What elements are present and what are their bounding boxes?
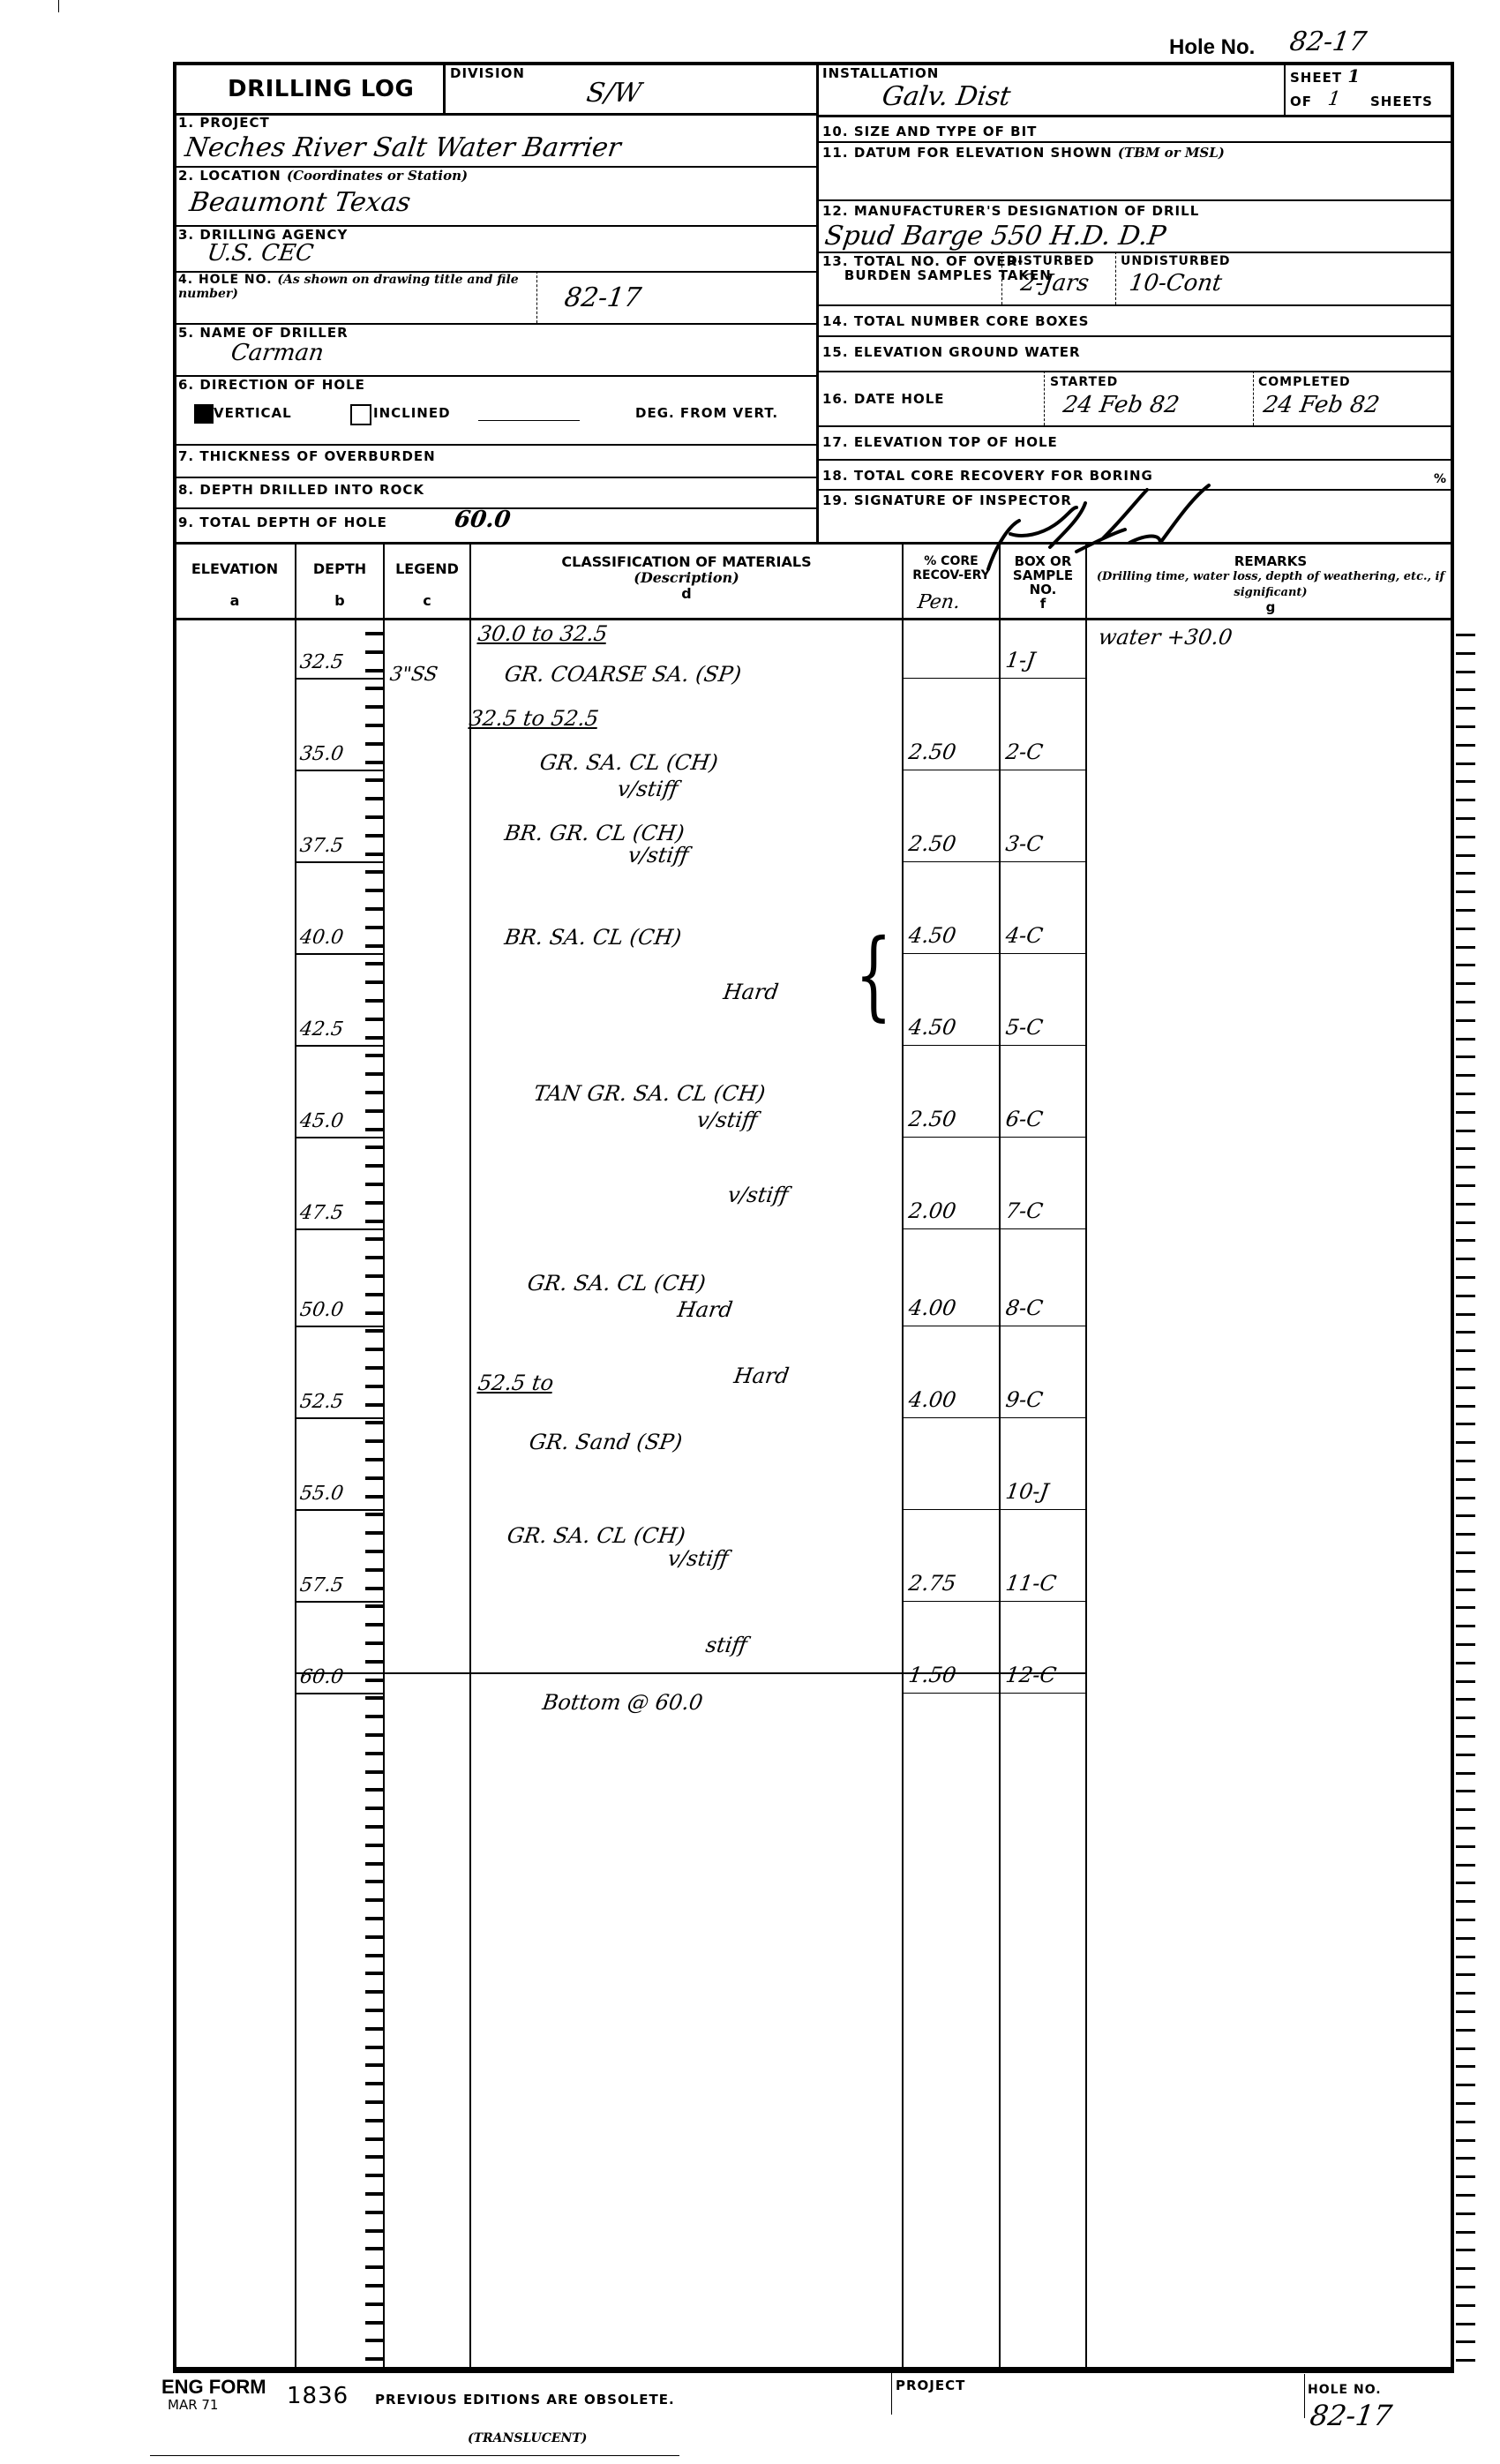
depth-tick: [365, 1385, 383, 1388]
started-value[interactable]: 24 Feb 82: [1061, 392, 1181, 418]
ruler-tick: [1456, 1698, 1475, 1701]
ruler-tick: [1456, 1662, 1475, 1664]
depth-tick: [365, 797, 383, 800]
divider: [816, 62, 819, 542]
ruler-tick: [1456, 2340, 1475, 2343]
ruler-tick: [1456, 1845, 1475, 1848]
ruler-tick: [1456, 2084, 1475, 2086]
col-divider-legend: [383, 542, 385, 2370]
description-entry[interactable]: v/stiff: [616, 777, 679, 801]
form-number: 1836: [287, 2383, 349, 2409]
completed-value[interactable]: 24 Feb 82: [1262, 392, 1382, 418]
depth-tick: [365, 2357, 383, 2361]
depth-row-line: [295, 861, 383, 863]
ruler-tick: [1456, 634, 1475, 636]
depth-tick: [365, 2284, 383, 2287]
col-header-legend: LEGENDc: [385, 561, 469, 609]
row-line: [816, 199, 1454, 201]
depth-tick: [365, 1128, 383, 1131]
ruler-tick: [1456, 1111, 1475, 1114]
description-entry[interactable]: stiff: [704, 1633, 749, 1657]
footer-rule: [150, 2455, 679, 2456]
table-top-line: [173, 542, 1454, 545]
description-entry[interactable]: v/stiff: [666, 1546, 730, 1571]
division-value[interactable]: S/W: [585, 78, 643, 109]
depth-tick: [365, 2155, 383, 2159]
sample-number[interactable]: 6-C: [1004, 1107, 1045, 1131]
ground-water-label: 15. ELEVATION GROUND WATER: [822, 344, 1081, 360]
col-header-sample: BOX OR SAMPLE NO.f: [1001, 554, 1085, 611]
depth-tick: [365, 1329, 383, 1333]
depth-tick: [365, 1439, 383, 1443]
depth-tick: [365, 1715, 383, 1718]
depth-label: 32.5: [298, 651, 344, 673]
depth-tick: [365, 761, 383, 764]
undisturbed-value[interactable]: 10-Cont: [1128, 270, 1224, 297]
recovery-row-line: [902, 953, 1085, 954]
ruler-tick: [1456, 1441, 1475, 1444]
depth-row-line: [295, 770, 383, 771]
installation-value[interactable]: Galv. Dist: [881, 81, 1013, 112]
description-entry[interactable]: Bottom @ 60.0: [541, 1690, 704, 1715]
depth-tick: [365, 1550, 383, 1553]
recovery-value[interactable]: 2.50: [907, 831, 957, 856]
ruler-tick: [1456, 1827, 1475, 1829]
depth-tick: [365, 2339, 383, 2342]
sample-number[interactable]: 2-C: [1004, 740, 1045, 764]
ruler-tick: [1456, 762, 1475, 765]
ruler-tick: [1456, 1772, 1475, 1775]
depth-tick: [365, 1293, 383, 1296]
description-entry[interactable]: TAN GR. SA. CL (CH): [532, 1081, 767, 1106]
of-label: OF: [1290, 94, 1312, 109]
row-line: [816, 335, 1454, 337]
depth-tick: [365, 1807, 383, 1810]
ruler-tick: [1456, 1184, 1475, 1187]
ruler-tick: [1456, 1221, 1475, 1224]
depth-label: 35.0: [298, 743, 344, 765]
sample-number[interactable]: 1-J: [1004, 648, 1037, 672]
depth-tick: [365, 724, 383, 727]
divider: [1253, 371, 1254, 425]
rock-depth-label: 8. DEPTH DRILLED INTO ROCK: [178, 482, 424, 498]
location-label: 2. LOCATION (Coordinates or Station): [178, 168, 468, 184]
col-divider-sample: [999, 542, 1001, 2370]
sheets-label: SHEETS: [1370, 94, 1433, 109]
sample-number[interactable]: 8-C: [1004, 1296, 1045, 1320]
ruler-tick: [1456, 1405, 1475, 1408]
ruler-tick: [1456, 1368, 1475, 1371]
depth-tick: [365, 1954, 383, 1957]
depth-tick: [365, 2192, 383, 2196]
ruler-tick: [1456, 1992, 1475, 1994]
ruler-tick: [1456, 1717, 1475, 1719]
row-line: [173, 444, 816, 446]
ruler-tick: [1456, 1423, 1475, 1425]
description-entry[interactable]: Hard: [722, 980, 780, 1004]
recovery-value[interactable]: 2.50: [907, 740, 957, 764]
description-entry[interactable]: GR. Sand (SP): [528, 1430, 684, 1454]
depth-tick: [365, 687, 383, 690]
recovery-row-line: [902, 1228, 1085, 1229]
recovery-row-line: [902, 1509, 1085, 1510]
ruler-tick: [1456, 2175, 1475, 2178]
depth-tick: [365, 1274, 383, 1278]
driller-label: 5. NAME OF DRILLER: [178, 325, 349, 341]
disturbed-value[interactable]: 2-Jars: [1019, 270, 1091, 297]
sample-number[interactable]: 7-C: [1004, 1198, 1045, 1223]
depth-tick: [365, 1733, 383, 1737]
depth-tick: [365, 705, 383, 709]
depth-tick: [365, 2321, 383, 2325]
col-divider-recovery: [902, 542, 904, 2370]
depth-tick: [365, 1421, 383, 1424]
col-header-elevation: ELEVATIONa: [175, 561, 295, 609]
recovery-value[interactable]: 4.00: [907, 1296, 957, 1320]
core-boxes-label: 14. TOTAL NUMBER CORE BOXES: [822, 313, 1089, 329]
depth-tick: [365, 1054, 383, 1057]
ruler-tick: [1456, 1130, 1475, 1132]
depth-label: 57.5: [298, 1574, 344, 1596]
ruler-tick: [1456, 2286, 1475, 2288]
degree-input-line[interactable]: [478, 420, 580, 421]
division-label: DIVISION: [450, 65, 525, 81]
ruler-tick: [1456, 671, 1475, 673]
ruler-tick: [1456, 1735, 1475, 1738]
sample-number[interactable]: 3-C: [1004, 831, 1045, 856]
depth-label: 60.0: [298, 1666, 344, 1688]
description-entry[interactable]: GR. SA. CL (CH): [526, 1271, 707, 1296]
ruler-tick: [1456, 725, 1475, 728]
ruler-tick: [1456, 1478, 1475, 1481]
total-depth-label: 9. TOTAL DEPTH OF HOLE: [178, 515, 387, 530]
date-hole-label: 16. DATE HOLE: [822, 391, 945, 407]
ruler-tick: [1456, 1606, 1475, 1609]
bottom-of-hole-line: [295, 1672, 1085, 1674]
depth-tick: [365, 907, 383, 911]
description-entry[interactable]: v/stiff: [626, 843, 690, 868]
scan-mark: [58, 0, 59, 12]
depth-tick: [365, 2046, 383, 2049]
depth-tick: [365, 1109, 383, 1113]
depth-tick: [365, 669, 383, 672]
ruler-tick: [1456, 946, 1475, 949]
col-divider-remarks: [1085, 542, 1087, 2370]
ruler-tick: [1456, 982, 1475, 985]
ruler-tick: [1456, 2194, 1475, 2197]
description-entry[interactable]: 52.5 to: [476, 1371, 555, 1395]
depth-tick: [365, 1220, 383, 1223]
depth-tick: [365, 778, 383, 782]
translucent-note: (TRANSLUCENT): [468, 2431, 587, 2445]
ruler-tick: [1456, 2359, 1475, 2362]
depth-tick: [365, 1495, 383, 1499]
depth-tick: [365, 2211, 383, 2214]
depth-tick: [365, 1844, 383, 1847]
depth-row-line: [295, 678, 383, 680]
project-label: 1. PROJECT: [178, 115, 270, 131]
depth-tick: [365, 2009, 383, 2012]
depth-tick: [365, 889, 383, 892]
row-line: [816, 371, 1454, 372]
description-entry[interactable]: 32.5 to 52.5: [468, 706, 600, 731]
ruler-tick: [1456, 1349, 1475, 1352]
depth-tick: [365, 1880, 383, 1883]
depth-tick: [365, 1403, 383, 1407]
sample-number[interactable]: 9-C: [1004, 1387, 1045, 1412]
ruler-tick: [1456, 1973, 1475, 1976]
depth-tick: [365, 944, 383, 948]
ruler-tick: [1456, 2157, 1475, 2160]
ruler-tick: [1456, 2249, 1475, 2251]
drill-designation-value[interactable]: Spud Barge 550 H.D. D.P: [823, 221, 1168, 252]
footer-hole-no-value[interactable]: 82-17: [1308, 2399, 1394, 2432]
footer-divider: [1304, 2374, 1305, 2418]
depth-tick: [365, 1752, 383, 1755]
depth-tick: [365, 853, 383, 856]
col-header-remarks: REMARKS(Drilling time, water loss, depth…: [1094, 554, 1447, 614]
ruler-tick: [1456, 688, 1475, 691]
drill-designation-label: 12. MANUFACTURER'S DESIGNATION OF DRILL: [822, 203, 1199, 219]
depth-label: 42.5: [298, 1018, 344, 1040]
hole-no-value[interactable]: 82-17: [1288, 26, 1369, 57]
ruler-tick: [1456, 2304, 1475, 2307]
ruler-tick: [1456, 2212, 1475, 2215]
depth-tick: [365, 2302, 383, 2306]
ruler-tick: [1456, 1331, 1475, 1333]
ruler-tick: [1456, 1258, 1475, 1260]
ruler-tick: [1456, 817, 1475, 820]
ruler-tick: [1456, 2065, 1475, 2068]
hole-no-label: Hole No.: [1169, 35, 1255, 60]
depth-tick: [365, 1679, 383, 1682]
ruler-tick: [1456, 1074, 1475, 1077]
eng-form-label: ENG FORM: [161, 2376, 266, 2399]
description-entry[interactable]: GR. SA. CL (CH): [538, 750, 719, 775]
depth-tick: [365, 1146, 383, 1149]
depth-label: 50.0: [298, 1299, 344, 1321]
depth-tick: [365, 632, 383, 635]
depth-label: 55.0: [298, 1483, 344, 1505]
location-value[interactable]: Beaumont Texas: [188, 187, 413, 218]
ruler-tick: [1456, 1019, 1475, 1022]
divider: [443, 62, 446, 113]
col-header-classification: CLASSIFICATION OF MATERIALS(Description)…: [471, 554, 902, 602]
ruler-tick: [1456, 1680, 1475, 1683]
depth-tick: [365, 2247, 383, 2250]
ruler-tick: [1456, 1937, 1475, 1940]
ruler-tick: [1456, 1093, 1475, 1095]
description-entry[interactable]: BR. GR. CL (CH): [503, 821, 686, 845]
sheet-label: SHEET 1: [1290, 65, 1361, 86]
depth-tick: [365, 834, 383, 838]
total-depth-value[interactable]: 60.0: [453, 507, 513, 533]
overburden-label: 7. THICKNESS OF OVERBURDEN: [178, 448, 436, 464]
hole-no-field-value[interactable]: 82-17: [563, 282, 643, 313]
recovery-row-line: [902, 1326, 1085, 1326]
recovery-row-line: [902, 678, 1085, 679]
depth-label: 52.5: [298, 1391, 344, 1413]
depth-tick: [365, 1018, 383, 1021]
depth-tick: [365, 1788, 383, 1792]
recovery-value[interactable]: 2.50: [907, 1107, 957, 1131]
footer-hole-no-label: HOLE NO.: [1308, 2383, 1382, 2397]
depth-tick: [365, 1990, 383, 1994]
depth-tick: [365, 742, 383, 746]
ruler-tick: [1456, 890, 1475, 893]
depth-tick: [365, 980, 383, 984]
ruler-tick: [1456, 2139, 1475, 2142]
vertical-label: VERTICAL: [214, 405, 292, 421]
depth-tick: [365, 926, 383, 929]
recovery-value[interactable]: 2.75: [907, 1571, 957, 1596]
depth-tick: [365, 1825, 383, 1829]
datum-label: 11. DATUM FOR ELEVATION SHOWN (TBM or MS…: [822, 145, 1225, 161]
depth-tick: [365, 2265, 383, 2269]
form-title: DRILLING LOG: [228, 76, 414, 102]
description-entry[interactable]: 30.0 to 32.5: [476, 621, 609, 646]
depth-tick: [365, 2027, 383, 2031]
ruler-tick: [1456, 2323, 1475, 2325]
ruler-tick: [1456, 2231, 1475, 2234]
table-header-bottom-line: [173, 618, 1454, 620]
depth-tick: [365, 1476, 383, 1480]
recovery-row-line: [902, 861, 1085, 862]
depth-tick: [365, 1696, 383, 1700]
depth-tick: [365, 1641, 383, 1645]
inclined-checkbox[interactable]: [350, 404, 371, 425]
undisturbed-label: UNDISTURBED: [1121, 254, 1231, 268]
divider: [1284, 62, 1286, 115]
description-entry[interactable]: GR. COARSE SA. (SP): [503, 662, 743, 687]
description-entry[interactable]: Hard: [732, 1363, 791, 1388]
bit-label: 10. SIZE AND TYPE OF BIT: [822, 124, 1037, 139]
ruler-tick: [1456, 1276, 1475, 1279]
footer-divider: [891, 2370, 892, 2415]
depth-row-line: [295, 953, 383, 955]
vertical-checkbox[interactable]: [194, 404, 214, 424]
ruler-tick: [1456, 1497, 1475, 1499]
ruler-tick: [1456, 1808, 1475, 1811]
ruler-tick: [1456, 1295, 1475, 1297]
sample-number[interactable]: 10-J: [1004, 1479, 1050, 1504]
drilling-agency-value[interactable]: U.S. CEC: [206, 240, 315, 267]
ruler-tick: [1456, 1882, 1475, 1884]
ruler-tick: [1456, 964, 1475, 966]
hole-no-field-label: 4. HOLE NO. (As shown on drawing title a…: [178, 273, 531, 301]
depth-tick: [365, 2082, 383, 2085]
description-entry[interactable]: BR. SA. CL (CH): [503, 925, 683, 950]
depth-row-line: [295, 1693, 383, 1694]
depth-tick: [365, 1935, 383, 1939]
depth-tick: [365, 1898, 383, 1902]
description-entry[interactable]: v/stiff: [695, 1108, 759, 1132]
row-line: [173, 477, 816, 478]
recovery-value[interactable]: 4.00: [907, 1387, 957, 1412]
sample-number[interactable]: 4-C: [1004, 923, 1045, 948]
depth-label: 37.5: [298, 835, 344, 857]
recovery-value[interactable]: 4.50: [907, 1015, 957, 1040]
recovery-value[interactable]: 2.00: [907, 1198, 957, 1223]
ruler-tick: [1456, 1864, 1475, 1867]
ruler-tick: [1456, 2121, 1475, 2123]
recovery-row-line: [902, 770, 1085, 770]
depth-tick: [365, 1587, 383, 1590]
sample-number[interactable]: 11-C: [1004, 1571, 1058, 1596]
sample-number[interactable]: 12-C: [1004, 1663, 1058, 1687]
depth-tick: [365, 1036, 383, 1040]
elevation-top-label: 17. ELEVATION TOP OF HOLE: [822, 434, 1058, 450]
depth-tick: [365, 2137, 383, 2141]
depth-tick: [365, 1972, 383, 1975]
depth-row-line: [295, 1601, 383, 1603]
divider: [536, 271, 537, 323]
ruler-tick: [1456, 1460, 1475, 1462]
depth-tick: [365, 1183, 383, 1186]
depth-row-line: [295, 1326, 383, 1327]
deg-from-vert-label: DEG. FROM VERT.: [635, 405, 778, 421]
depth-tick: [365, 2063, 383, 2067]
ruler-tick: [1456, 744, 1475, 747]
depth-tick: [365, 1256, 383, 1259]
ruler-tick: [1456, 2010, 1475, 2013]
row-line: [816, 459, 1454, 461]
ruler-tick: [1456, 1956, 1475, 1958]
depth-tick: [365, 1770, 383, 1774]
description-entry[interactable]: Hard: [676, 1297, 734, 1322]
depth-label: 40.0: [298, 927, 344, 949]
ruler-tick: [1456, 1551, 1475, 1554]
depth-tick: [365, 1604, 383, 1608]
ruler-tick: [1456, 1919, 1475, 1921]
ruler-tick: [1456, 1038, 1475, 1040]
ruler-tick: [1456, 2102, 1475, 2105]
brace-mark: {: [855, 918, 892, 1031]
recovery-value[interactable]: 4.50: [907, 923, 957, 948]
divider: [1044, 371, 1045, 425]
depth-row-line: [295, 1509, 383, 1511]
ruler-tick: [1456, 1900, 1475, 1903]
project-value[interactable]: Neches River Salt Water Barrier: [184, 132, 623, 163]
ruler-tick: [1456, 928, 1475, 930]
completed-label: COMPLETED: [1258, 375, 1351, 389]
depth-tick: [365, 1091, 383, 1094]
ruler-tick: [1456, 2047, 1475, 2050]
col-divider-classification: [469, 542, 471, 2370]
depth-tick: [365, 999, 383, 1003]
sample-number[interactable]: 5-C: [1004, 1015, 1045, 1040]
depth-row-line: [295, 1137, 383, 1138]
depth-tick: [365, 1366, 383, 1370]
ruler-tick: [1456, 854, 1475, 857]
remarks-entry[interactable]: water +30.0: [1097, 625, 1234, 650]
depth-tick: [365, 1513, 383, 1516]
ruler-tick: [1456, 1147, 1475, 1150]
installation-label: INSTALLATION: [822, 65, 939, 81]
driller-value[interactable]: Carman: [229, 340, 326, 366]
depth-tick: [365, 650, 383, 654]
recovery-value[interactable]: 1.50: [907, 1663, 957, 1687]
depth-tick: [365, 1623, 383, 1626]
depth-label: 47.5: [298, 1202, 344, 1224]
depth-tick: [365, 1458, 383, 1461]
ruler-tick: [1456, 872, 1475, 875]
recovery-handwritten-note: Pen.: [916, 591, 962, 613]
description-entry[interactable]: v/stiff: [726, 1183, 790, 1207]
ruler-tick: [1456, 836, 1475, 838]
ruler-tick: [1456, 1386, 1475, 1389]
description-entry[interactable]: GR. SA. CL (CH): [506, 1523, 686, 1548]
